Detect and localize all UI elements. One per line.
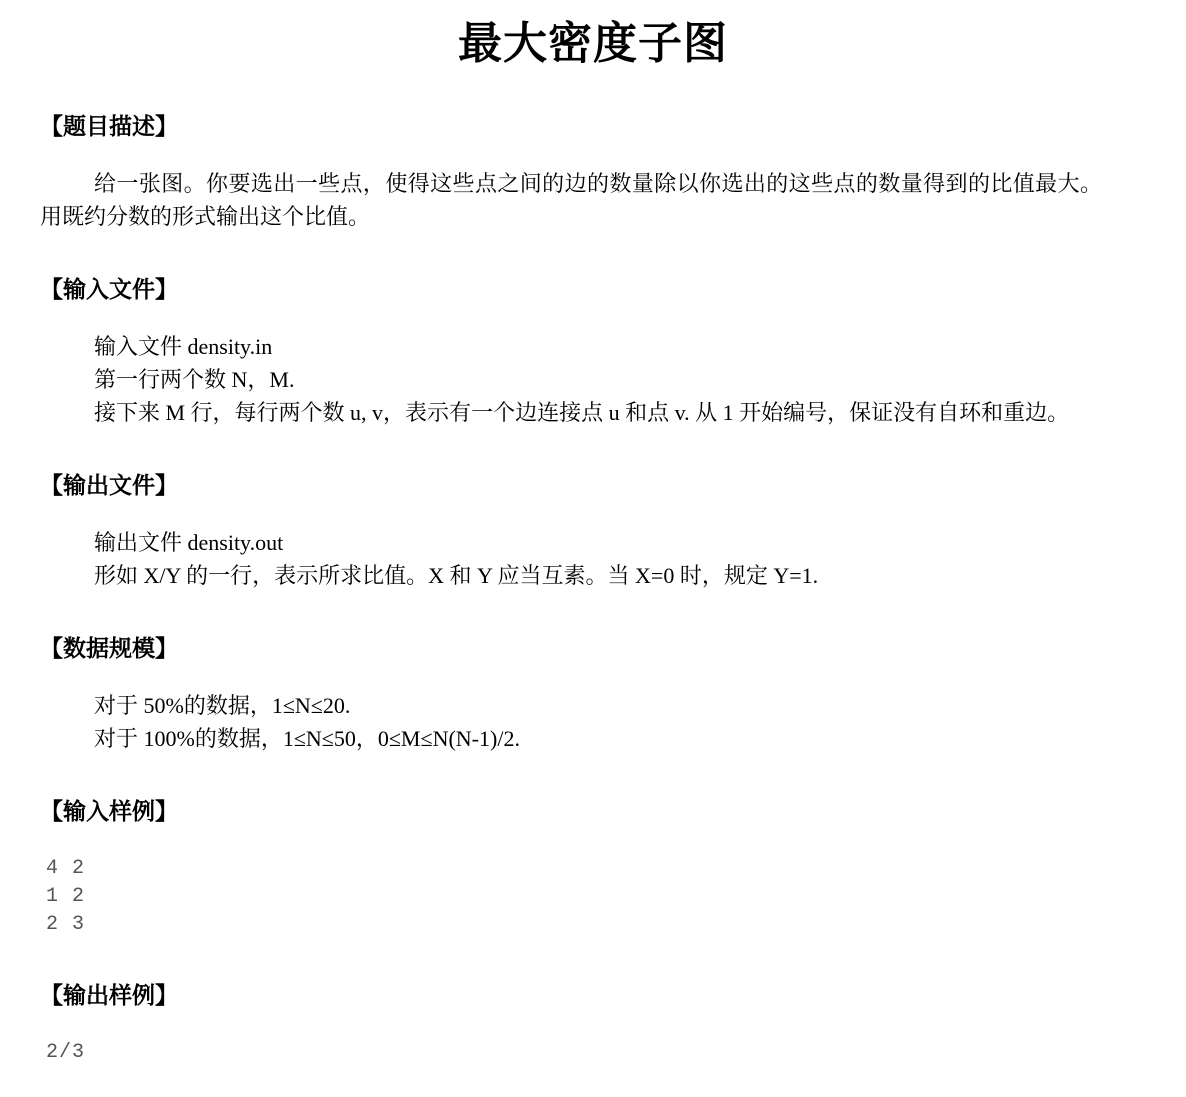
section-input-file: 【输入文件】 输入文件 density.in 第一行两个数 N，M. 接下来 M… [40, 275, 1146, 429]
input-file-name-line: 输入文件 density.in [40, 330, 1102, 363]
section-body-data-scale: 对于 50%的数据，1≤N≤20. 对于 100%的数据，1≤N≤50，0≤M≤… [40, 689, 1102, 755]
data-scale-100-percent-line: 对于 100%的数据，1≤N≤50，0≤M≤N(N-1)/2. [40, 722, 1102, 755]
section-body-input-file: 输入文件 density.in 第一行两个数 N，M. 接下来 M 行，每行两个… [40, 330, 1102, 429]
section-header-description: 【题目描述】 [40, 112, 1146, 140]
section-body-description: 给一张图。你要选出一些点，使得这些点之间的边的数量除以你选出的这些点的数量得到的… [40, 167, 1102, 233]
section-sample-input: 【输入样例】 4 2 1 2 2 3 [40, 797, 1146, 939]
input-file-edges-spec: 接下来 M 行，每行两个数 u, v，表示有一个边连接点 u 和点 v. 从 1… [40, 396, 1102, 429]
sample-input-code: 4 2 1 2 2 3 [46, 855, 1146, 939]
description-paragraph: 给一张图。你要选出一些点，使得这些点之间的边的数量除以你选出的这些点的数量得到的… [40, 167, 1102, 233]
section-data-scale: 【数据规模】 对于 50%的数据，1≤N≤20. 对于 100%的数据，1≤N≤… [40, 634, 1146, 755]
section-output-file: 【输出文件】 输出文件 density.out 形如 X/Y 的一行，表示所求比… [40, 471, 1146, 592]
section-header-input-file: 【输入文件】 [40, 275, 1146, 303]
section-header-sample-output: 【输出样例】 [40, 981, 1146, 1009]
data-scale-50-percent-line: 对于 50%的数据，1≤N≤20. [40, 689, 1102, 722]
section-description: 【题目描述】 给一张图。你要选出一些点，使得这些点之间的边的数量除以你选出的这些… [40, 112, 1146, 233]
sample-output-code: 2/3 [46, 1039, 1146, 1067]
section-header-data-scale: 【数据规模】 [40, 634, 1146, 662]
section-header-output-file: 【输出文件】 [40, 471, 1146, 499]
section-body-output-file: 输出文件 density.out 形如 X/Y 的一行，表示所求比值。X 和 Y… [40, 526, 1102, 592]
input-file-first-line-spec: 第一行两个数 N，M. [40, 363, 1102, 396]
section-sample-output: 【输出样例】 2/3 [40, 981, 1146, 1067]
section-header-sample-input: 【输入样例】 [40, 797, 1146, 825]
output-file-format-spec: 形如 X/Y 的一行，表示所求比值。X 和 Y 应当互素。当 X=0 时，规定 … [40, 559, 1102, 592]
output-file-name-line: 输出文件 density.out [40, 526, 1102, 559]
problem-document: 最大密度子图 【题目描述】 给一张图。你要选出一些点，使得这些点之间的边的数量除… [0, 0, 1186, 1097]
page-title: 最大密度子图 [40, 18, 1146, 70]
